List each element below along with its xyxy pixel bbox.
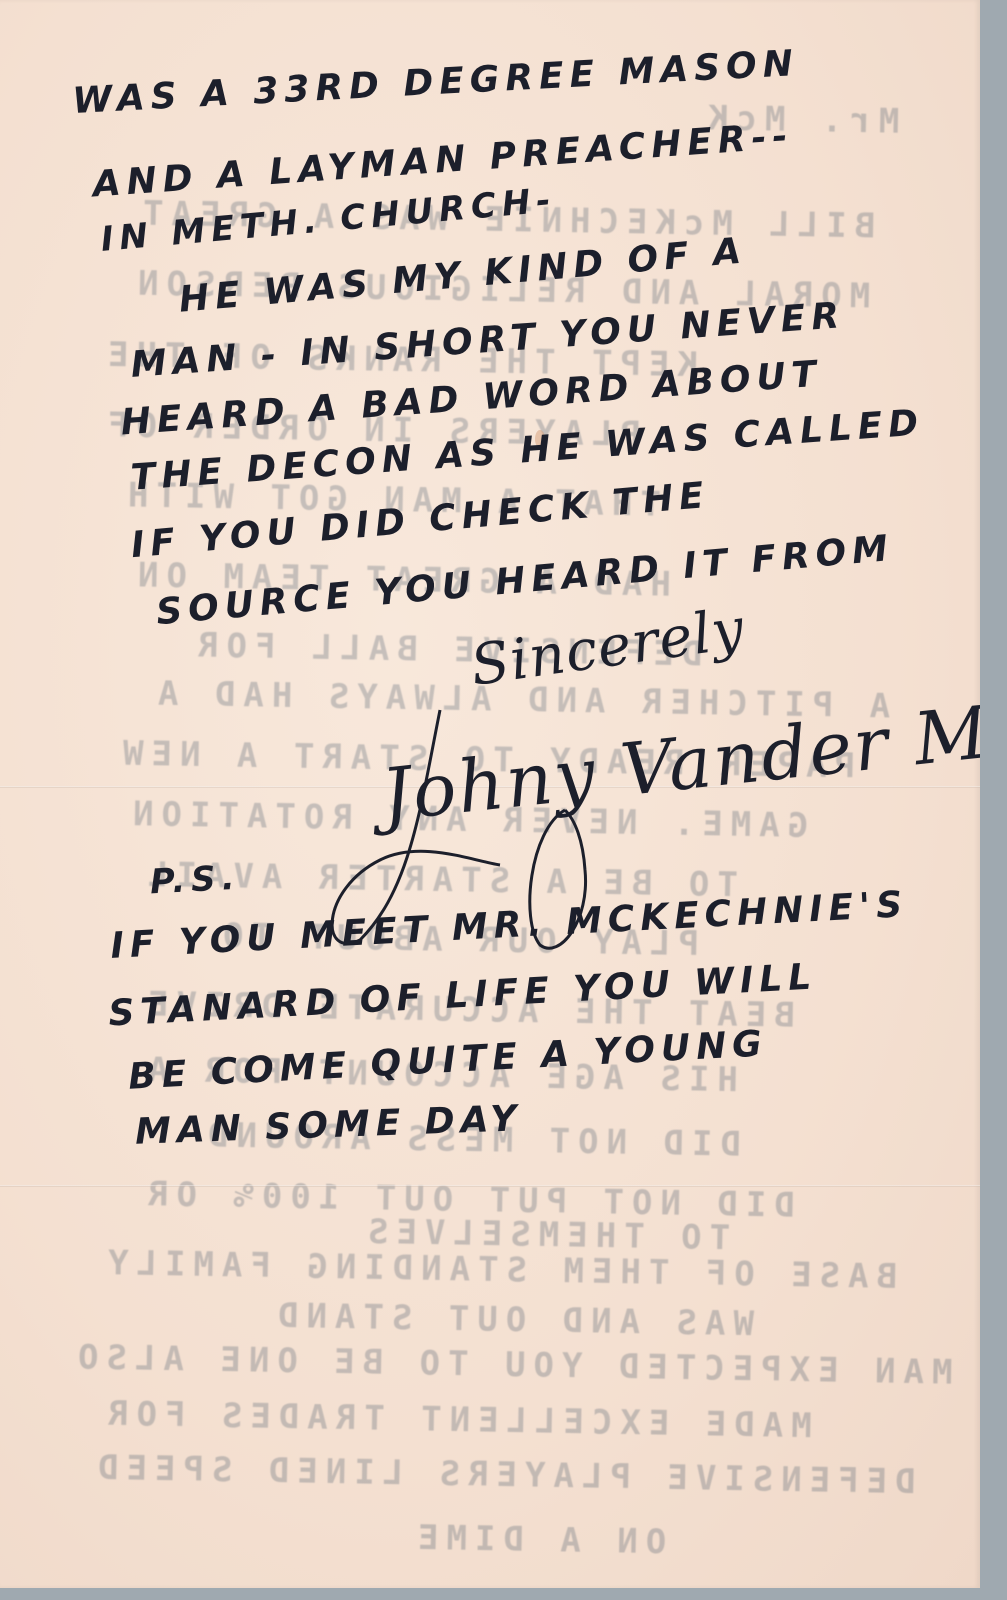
closing-salutation: Sincerely: [467, 596, 749, 699]
ps-label: P.S.: [149, 858, 241, 903]
postscript-line: BE COME QUITE A YOUNG: [127, 1023, 768, 1097]
postscript-line: MAN SOME DAY: [134, 1098, 523, 1152]
bleed-through-line: TO THEMSELVES: [360, 1212, 731, 1258]
postscript-line: STANARD OF LIFE YOU WILL: [107, 956, 818, 1034]
letter-sheet: Mr. McKBILL McKECHNIE WAS A GREATMORAL A…: [0, 0, 980, 1588]
bleed-through-line: ON A DIME: [410, 1518, 667, 1562]
bleed-through-line: BASE OF THEM STANDING FAMILY: [100, 1243, 898, 1297]
bleed-through-line: MADE EXCELLENT TRADES FOR: [100, 1394, 812, 1446]
handwritten-line: WAS A 33RD DEGREE MASON: [71, 43, 799, 122]
bleed-through-line: DID NOT PUT OUT 100% OR: [140, 1174, 795, 1225]
bleed-through-line: WAS AND OUT STAND: [270, 1296, 755, 1344]
bleed-through-line: MAN EXPECTED YOU TO BE ONE ALSO: [70, 1337, 953, 1392]
fold-line: [0, 1185, 980, 1187]
bleed-through-line: DEFENSIVE PLAYERS LINED SPEED: [90, 1448, 916, 1502]
